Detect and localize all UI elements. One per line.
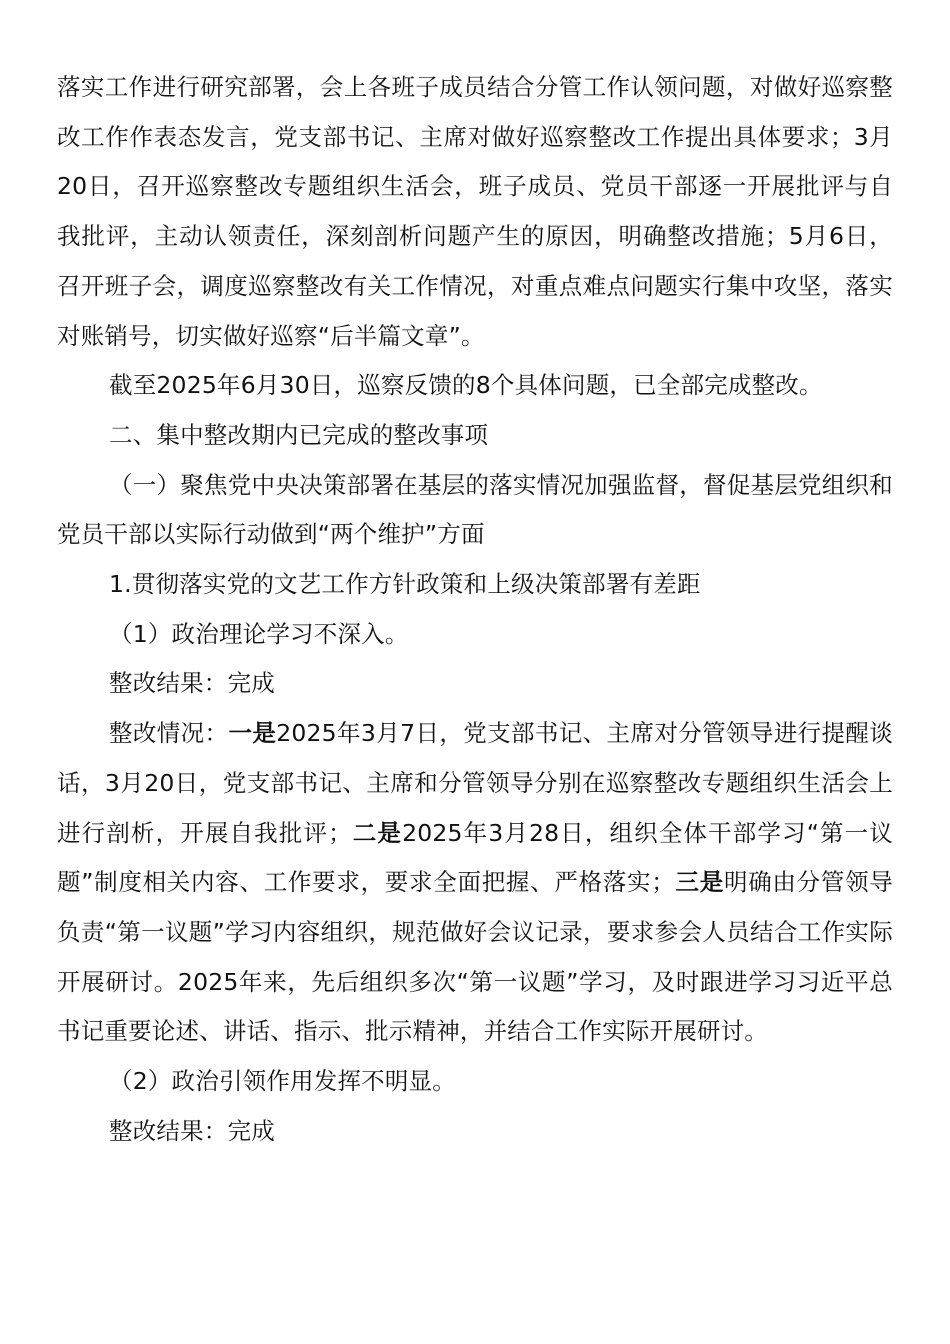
paragraph-meeting-summary: 落实工作进行研究部署，会上各班子成员结合分管工作认领问题，对做好巡察整改工作作表… <box>57 63 893 361</box>
rectification-result-1: 整改结果：完成 <box>57 659 893 709</box>
subsection-heading: （一）聚焦党中央决策部署在基层的落实情况加强监督，督促基层党组织和党员干部以实际… <box>57 461 893 560</box>
rectification-details-1: 整改情况：一是2025年3月7日，党支部书记、主席对分管领导进行提醒谈话，3月2… <box>57 709 893 1057</box>
rectification-result-2: 整改结果：完成 <box>57 1107 893 1157</box>
issue-title-1: （1）政治理论学习不深入。 <box>57 610 893 660</box>
issue-title-2: （2）政治引领作用发挥不明显。 <box>57 1057 893 1107</box>
point-three-label: 三是 <box>675 868 724 896</box>
details-label: 整改情况： <box>109 719 228 747</box>
point-one-label: 一是 <box>228 719 276 747</box>
item-heading: 1.贯彻落实党的文艺工作方针政策和上级决策部署有差距 <box>57 560 893 610</box>
section-heading: 二、集中整改期内已完成的整改事项 <box>57 411 893 461</box>
paragraph-completion-status: 截至2025年6月30日，巡察反馈的8个具体问题，已全部完成整改。 <box>57 361 893 411</box>
point-two-label: 二是 <box>352 819 402 847</box>
document-page: 落实工作进行研究部署，会上各班子成员结合分管工作认领问题，对做好巡察整改工作作表… <box>57 63 893 1156</box>
